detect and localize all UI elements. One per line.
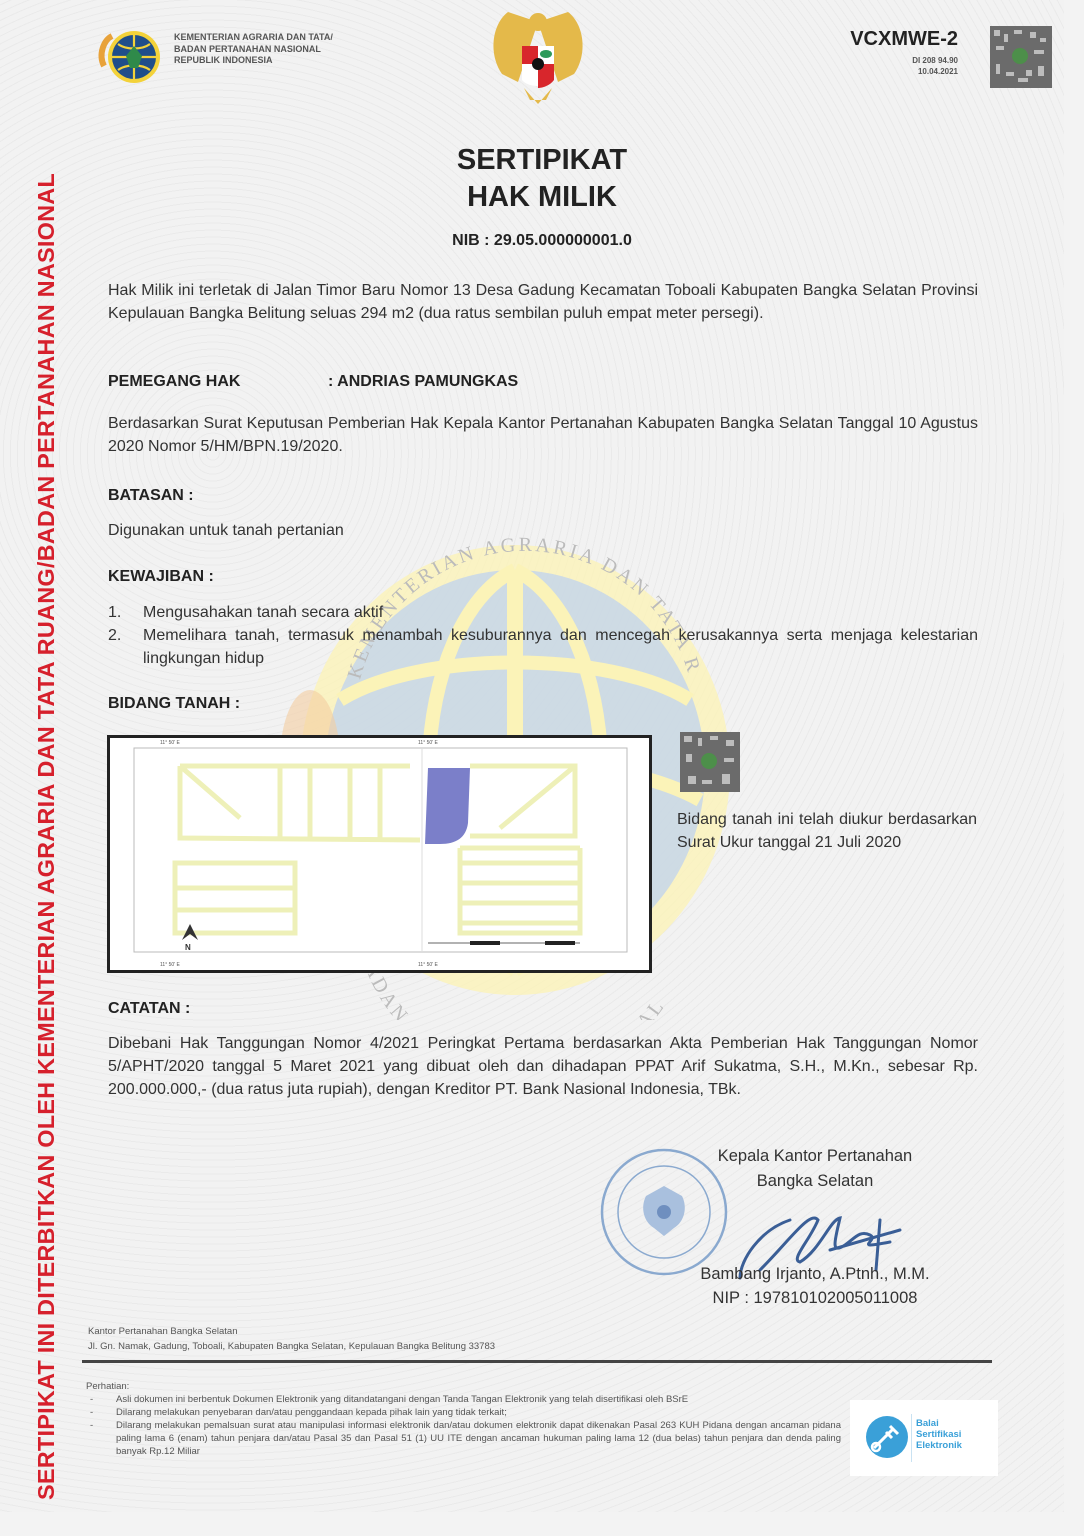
title-line: HAK MILIK bbox=[0, 179, 1084, 216]
office-street: Jl. Gn. Namak, Gadung, Toboali, Kabupate… bbox=[88, 1339, 495, 1354]
note-text: Dilarang melakukan pemalsuan surat atau … bbox=[116, 1419, 841, 1458]
svg-text:11° 50' E: 11° 50' E bbox=[418, 740, 438, 746]
bsre-logo: Balai Sertifikasi Elektronik bbox=[850, 1400, 998, 1476]
note-item: -Dilarang melakukan pemalsuan surat atau… bbox=[86, 1419, 841, 1458]
svg-text:11° 50' E: 11° 50' E bbox=[160, 962, 180, 968]
catatan-heading: CATATAN : bbox=[108, 1000, 190, 1018]
kewajiban-list: 1. Mengusahakan tanah secara aktif 2. Me… bbox=[108, 601, 978, 670]
notes-heading: Perhatian: bbox=[86, 1380, 841, 1393]
basis-text: Berdasarkan Surat Keputusan Pemberian Ha… bbox=[108, 412, 978, 458]
bsre-label: Balai Sertifikasi Elektronik bbox=[916, 1418, 962, 1451]
kewajiban-heading: KEWAJIBAN : bbox=[108, 568, 214, 586]
signatory-nip: NIP : 197810102005011008 bbox=[660, 1286, 970, 1310]
title-line: SERTIPIKAT bbox=[0, 142, 1084, 179]
office-name: Kantor Pertanahan Bangka Selatan bbox=[88, 1324, 495, 1339]
footer-divider bbox=[82, 1360, 992, 1363]
batasan-heading: BATASAN : bbox=[108, 487, 194, 505]
list-item: 2. Memelihara tanah, termasuk menambah k… bbox=[108, 624, 978, 670]
bsre-line: Balai bbox=[916, 1418, 962, 1429]
batasan-text: Digunakan untuk tanah pertanian bbox=[108, 519, 978, 542]
scale-bar-icon bbox=[428, 941, 580, 945]
agency-name: KEMENTERIAN AGRARIA DAN TATA/ BADAN PERT… bbox=[174, 32, 333, 67]
document-code-sub: DI 208 94.90 bbox=[850, 55, 958, 66]
garuda-emblem-icon bbox=[478, 4, 598, 114]
document-code-block: VCXMWE-2 DI 208 94.90 10.04.2021 bbox=[850, 28, 958, 77]
list-number: 2. bbox=[108, 624, 143, 670]
note-text: Dilarang melakukan penyebaran dan/atau p… bbox=[116, 1406, 841, 1419]
note-item: -Asli dokumen ini berbentuk Dokumen Elek… bbox=[86, 1393, 841, 1406]
svg-text:N: N bbox=[185, 943, 191, 952]
parcel-shape bbox=[425, 768, 470, 844]
document-date: 10.04.2021 bbox=[850, 66, 958, 77]
list-item: 1. Mengusahakan tanah secara aktif bbox=[108, 601, 978, 624]
holder-label: PEMEGANG HAK bbox=[108, 373, 240, 391]
signatory-title-line: Kepala Kantor Pertanahan bbox=[690, 1144, 940, 1169]
parcel-map-drawing: 11° 50' E11° 50' E 11° 50' E11° 50' E N bbox=[110, 738, 649, 970]
signatory-title-line: Bangka Selatan bbox=[690, 1169, 940, 1194]
bidang-heading: BIDANG TANAH : bbox=[108, 695, 240, 713]
catatan-text: Dibebani Hak Tanggungan Nomor 4/2021 Per… bbox=[108, 1032, 978, 1101]
bsre-divider bbox=[911, 1414, 912, 1462]
parcel-map: 11° 50' E11° 50' E 11° 50' E11° 50' E N bbox=[107, 735, 652, 973]
signatory-name: Bambang Irjanto, A.Ptnh., M.M. bbox=[660, 1262, 970, 1286]
certificate-page: SERTIPIKAT INI DITERBITKAN OLEH KEMENTER… bbox=[0, 0, 1064, 1512]
survey-note: Bidang tanah ini telah diukur berdasarka… bbox=[677, 808, 977, 854]
note-text: Asli dokumen ini berbentuk Dokumen Elekt… bbox=[116, 1393, 841, 1406]
document-code: VCXMWE-2 bbox=[850, 28, 958, 51]
notes-section: Perhatian: -Asli dokumen ini berbentuk D… bbox=[86, 1380, 841, 1458]
agency-line: BADAN PERTANAHAN NASIONAL bbox=[174, 44, 333, 56]
certificate-title: SERTIPIKAT HAK MILIK bbox=[0, 142, 1084, 216]
agency-line: REPUBLIK INDONESIA bbox=[174, 55, 333, 67]
holder-name: : ANDRIAS PAMUNGKAS bbox=[328, 373, 518, 391]
nib-number: NIB : 29.05.000000001.0 bbox=[0, 232, 1084, 250]
location-text: Hak Milik ini terletak di Jalan Timor Ba… bbox=[108, 279, 978, 325]
north-arrow-icon: N bbox=[182, 924, 198, 952]
qr-code-icon[interactable] bbox=[680, 732, 740, 792]
svg-text:11° 50' E: 11° 50' E bbox=[418, 962, 438, 968]
list-text: Memelihara tanah, termasuk menambah kesu… bbox=[143, 624, 978, 670]
office-address: Kantor Pertanahan Bangka Selatan Jl. Gn.… bbox=[88, 1324, 495, 1354]
signatory: Bambang Irjanto, A.Ptnh., M.M. NIP : 197… bbox=[660, 1262, 970, 1310]
list-text: Mengusahakan tanah secara aktif bbox=[143, 601, 978, 624]
bsre-key-icon bbox=[864, 1414, 910, 1460]
svg-text:11° 50' E: 11° 50' E bbox=[160, 740, 180, 746]
note-item: -Dilarang melakukan penyebaran dan/atau … bbox=[86, 1406, 841, 1419]
bsre-line: Elektronik bbox=[916, 1440, 962, 1451]
bpn-logo-icon bbox=[96, 26, 162, 88]
list-number: 1. bbox=[108, 601, 143, 624]
signatory-title: Kepala Kantor Pertanahan Bangka Selatan bbox=[690, 1144, 940, 1194]
bsre-line: Sertifikasi bbox=[916, 1429, 962, 1440]
qr-code-icon[interactable] bbox=[990, 26, 1052, 88]
agency-line: KEMENTERIAN AGRARIA DAN TATA/ bbox=[174, 32, 333, 44]
